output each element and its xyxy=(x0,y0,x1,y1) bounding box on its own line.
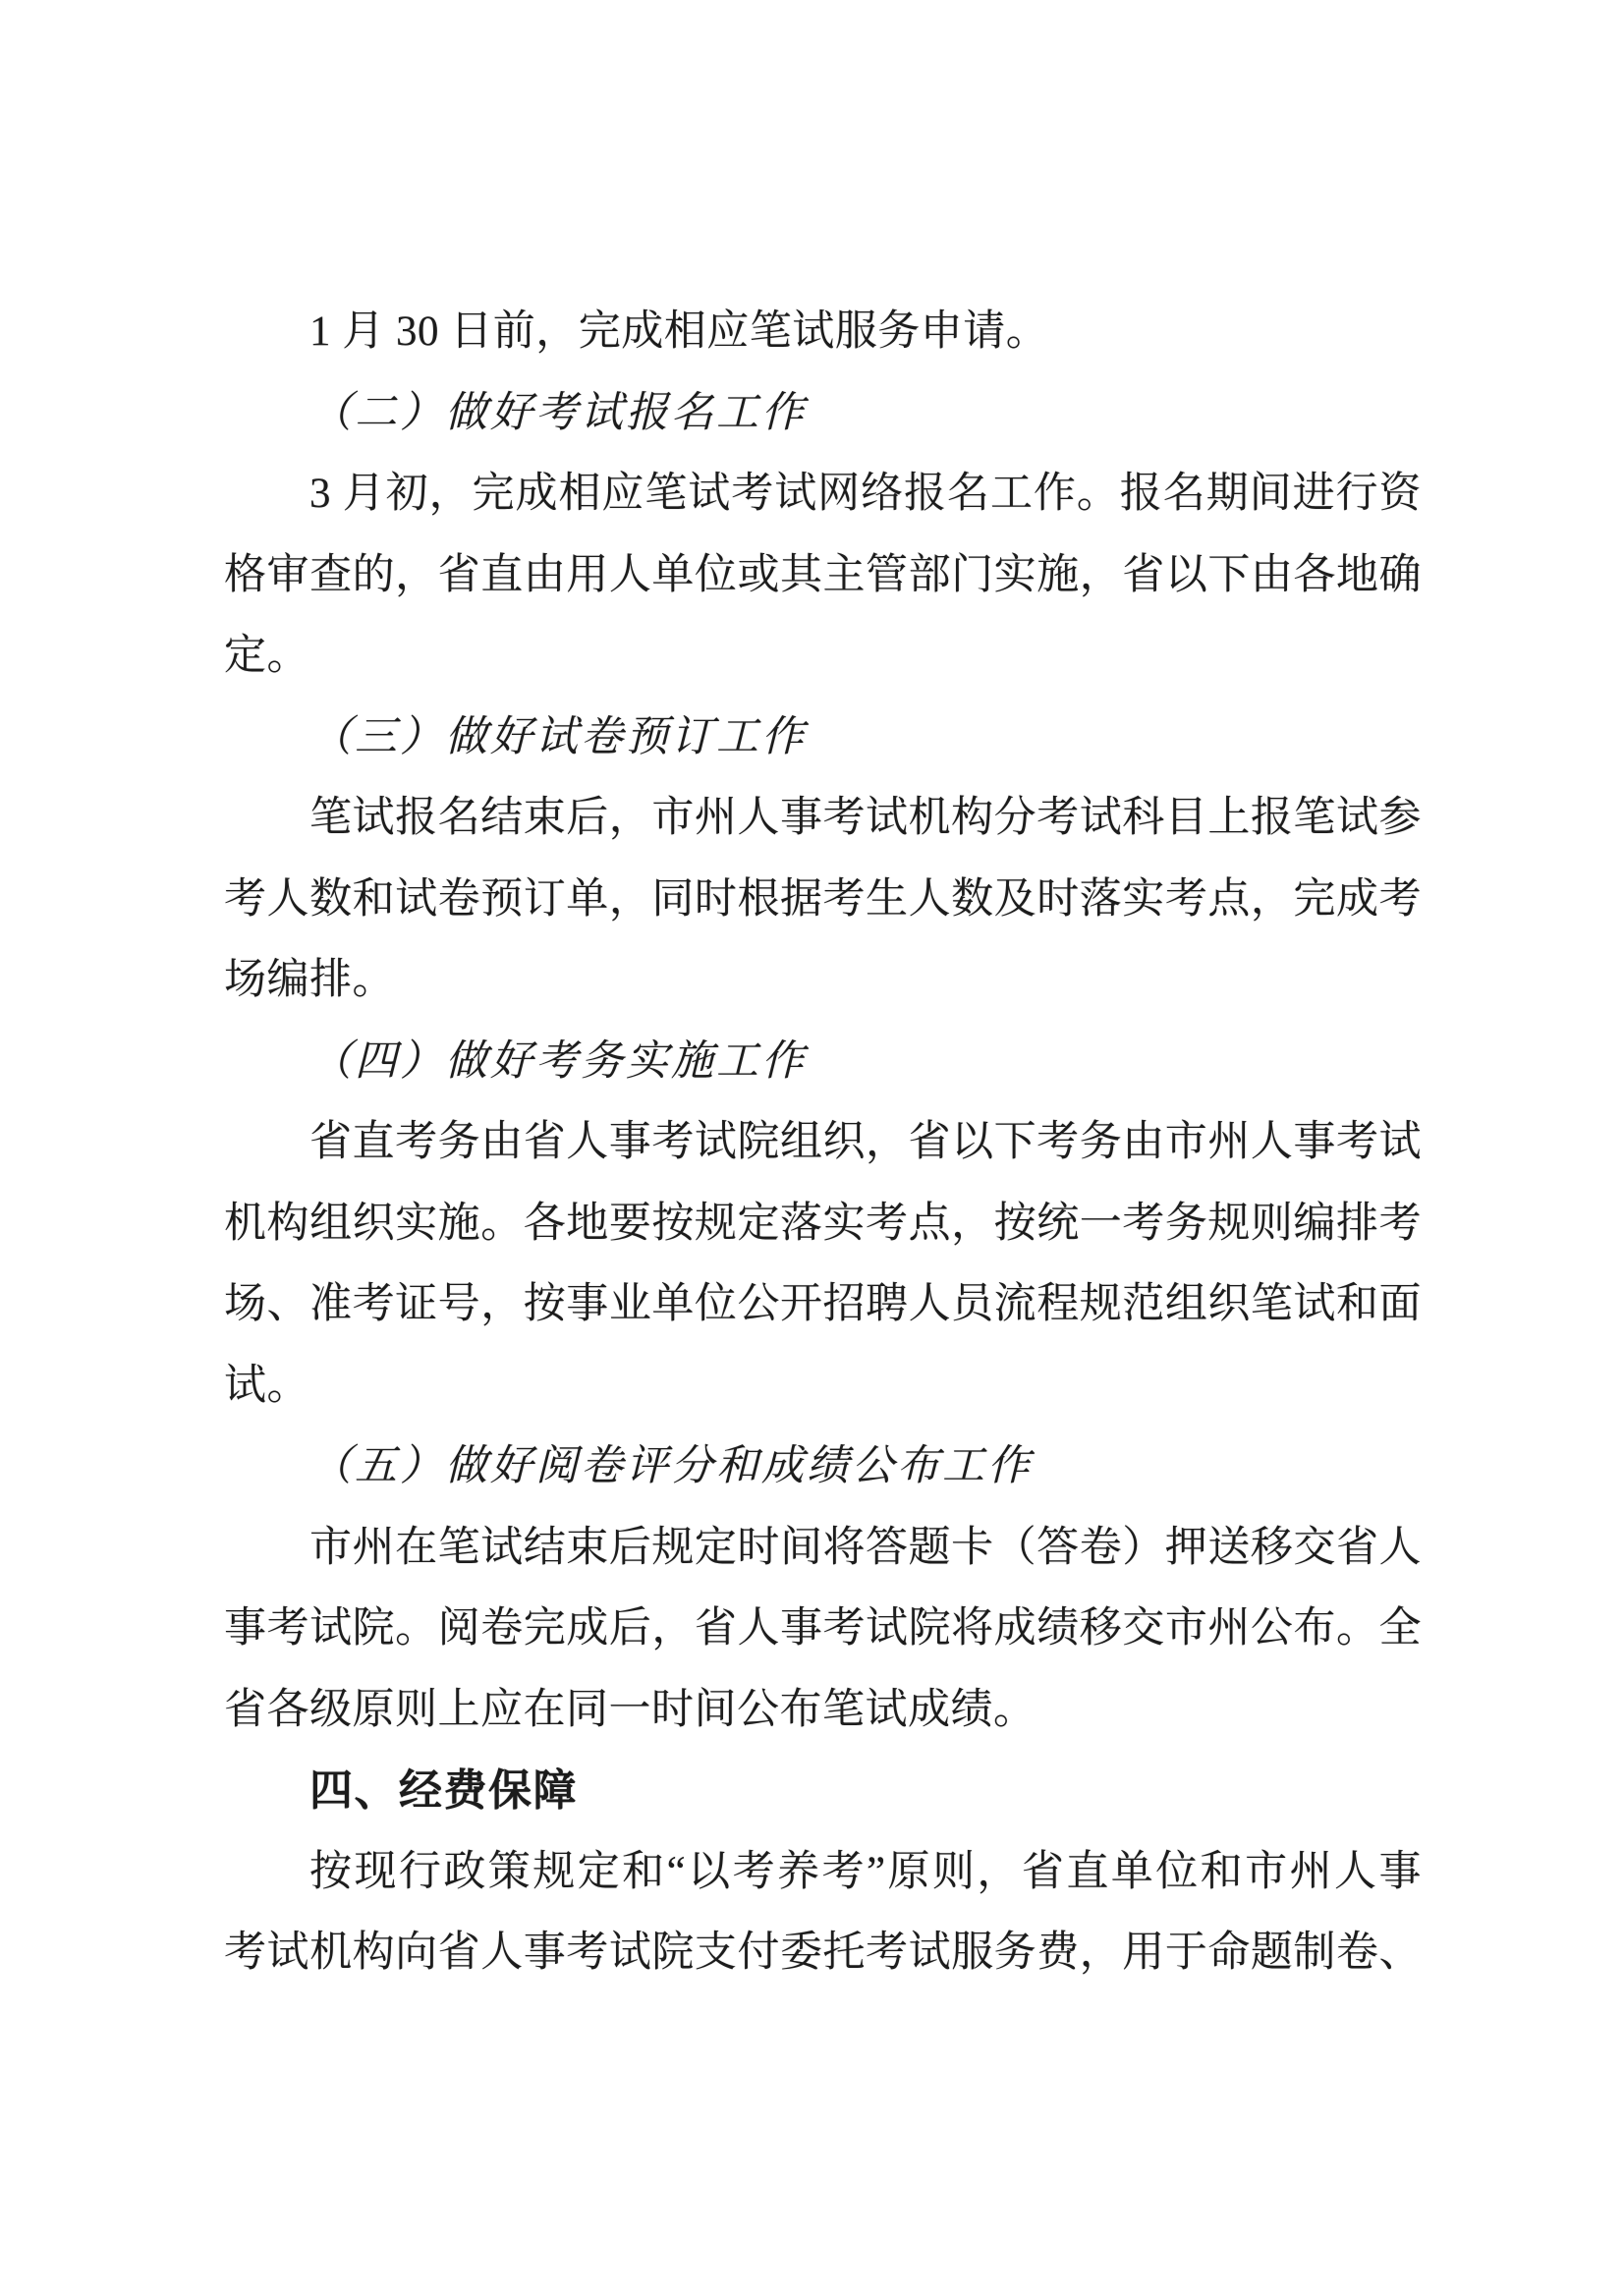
paragraph-line: 1 月 30 日前，完成相应笔试服务申请。 xyxy=(224,292,1422,373)
subheading-4-exam-admin: （四）做好考务实施工作 xyxy=(224,1022,1422,1103)
subheading-3-paper-ordering: （三）做好试卷预订工作 xyxy=(224,698,1422,779)
document-text-block: 1 月 30 日前，完成相应笔试服务申请。 （二）做好考试报名工作 3 月初，完… xyxy=(224,292,1422,1994)
scanned-document-page: 1 月 30 日前，完成相应笔试服务申请。 （二）做好考试报名工作 3 月初，完… xyxy=(0,0,1624,2296)
paragraph-line: 场编排。 xyxy=(224,940,1422,1022)
paragraph-line: 事考试院。阅卷完成后，省人事考试院将成绩移交市州公布。全 xyxy=(224,1589,1422,1670)
paragraph-line: 定。 xyxy=(224,616,1422,698)
paragraph-line: 考人数和试卷预订单，同时根据考生人数及时落实考点，完成考 xyxy=(224,860,1422,941)
paragraph-line: 场、准考证号，按事业单位公开招聘人员流程规范组织笔试和面 xyxy=(224,1264,1422,1346)
paragraph-line: 机构组织实施。各地要按规定落实考点，按统一考务规则编排考 xyxy=(224,1184,1422,1265)
paragraph-line: 省直考务由省人事考试院组织，省以下考务由市州人事考试 xyxy=(224,1102,1422,1184)
paragraph-line: 按现行政策规定和“以考养考”原则，省直单位和市州人事 xyxy=(224,1832,1422,1914)
paragraph-line: 3 月初，完成相应笔试考试网络报名工作。报名期间进行资 xyxy=(224,454,1422,535)
subheading-2-registration: （二）做好考试报名工作 xyxy=(224,373,1422,455)
paragraph-line: 格审查的，省直由用人单位或其主管部门实施，省以下由各地确 xyxy=(224,535,1422,617)
section-heading-4-funding: 四、经费保障 xyxy=(224,1751,1422,1832)
paragraph-line: 考试机构向省人事考试院支付委托考试服务费，用于命题制卷、 xyxy=(224,1913,1422,1994)
paragraph-line: 笔试报名结束后，市州人事考试机构分考试科目上报笔试参 xyxy=(224,778,1422,860)
paragraph-line: 市州在笔试结束后规定时间将答题卡（答卷）押送移交省人 xyxy=(224,1508,1422,1590)
paragraph-line: 省各级原则上应在同一时间公布笔试成绩。 xyxy=(224,1670,1422,1752)
paragraph-line: 试。 xyxy=(224,1346,1422,1428)
subheading-5-marking-results: （五）做好阅卷评分和成绩公布工作 xyxy=(224,1427,1422,1508)
